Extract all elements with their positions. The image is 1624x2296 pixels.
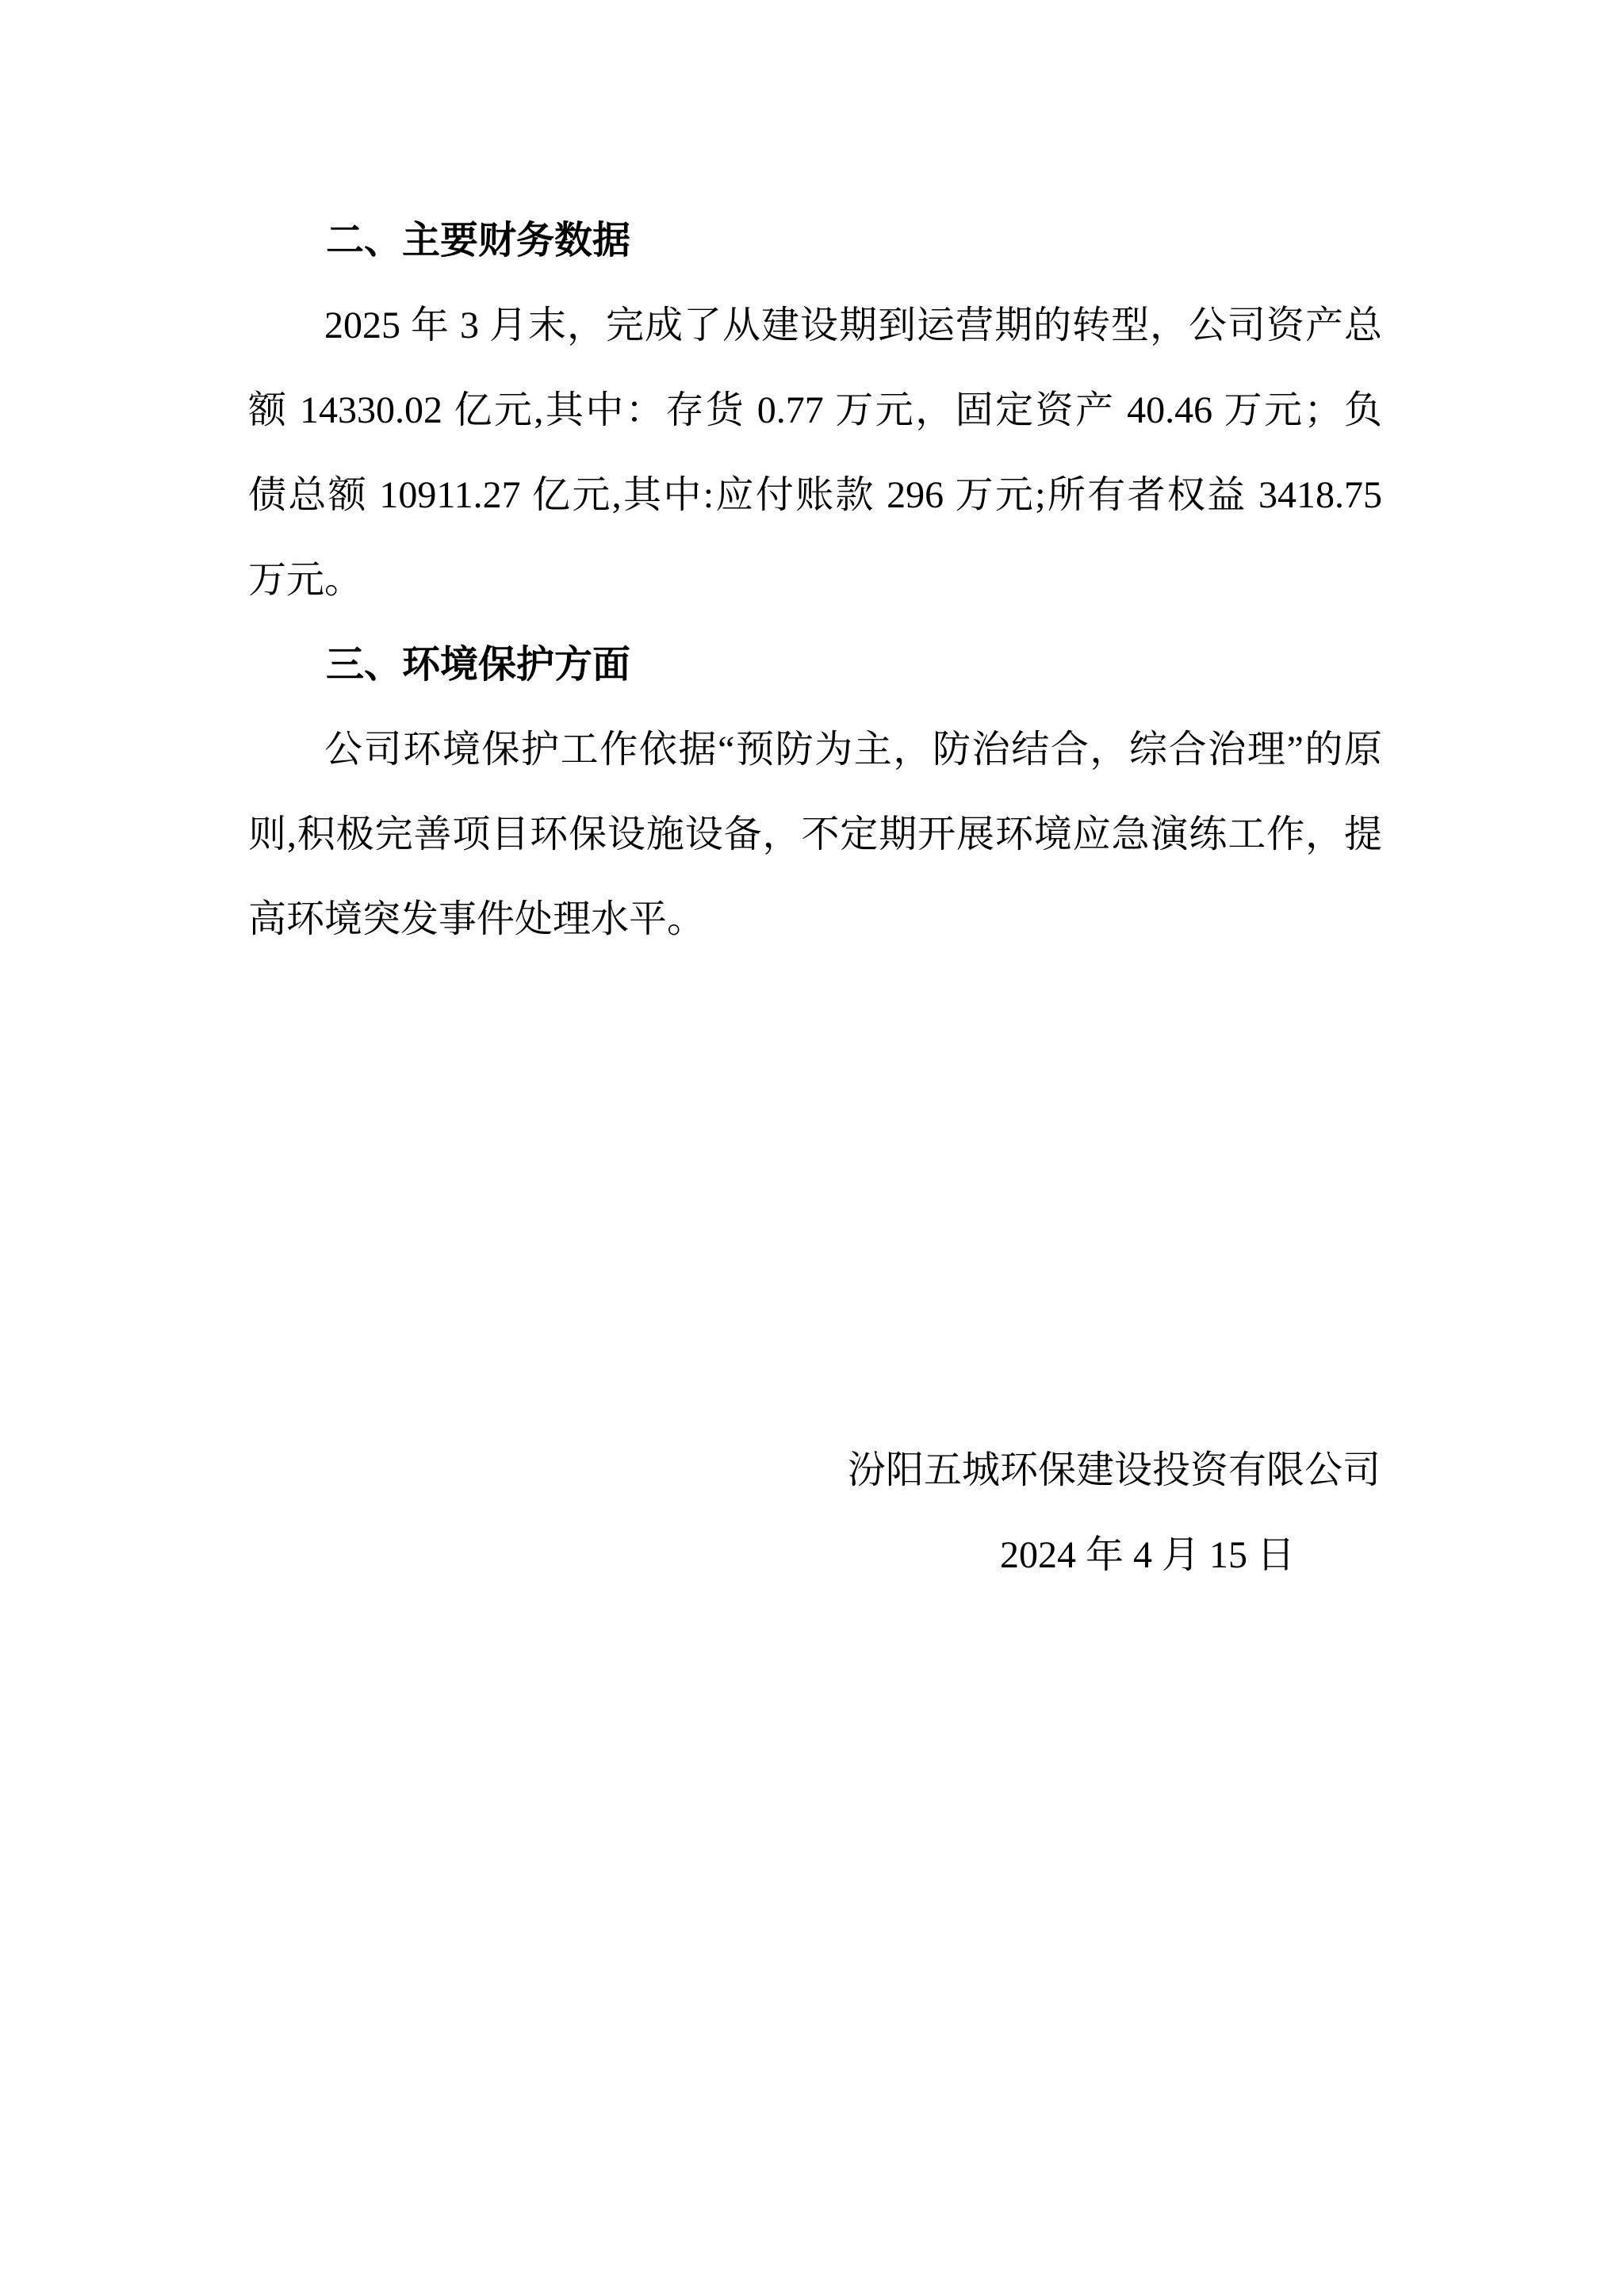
section-heading-finance: 二、主要财务数据	[248, 198, 1382, 283]
section-heading-environment: 三、环境保护方面	[248, 622, 1382, 707]
environment-paragraph-line: 公司环境保护工作依据“预防为主，防治结合，综合治理”的原	[248, 707, 1382, 792]
document-page: 二、主要财务数据 2025 年 3 月末，完成了从建设期到运营期的转型，公司资产…	[0, 0, 1624, 2296]
finance-paragraph-line: 2025 年 3 月末，完成了从建设期到运营期的转型，公司资产总	[248, 283, 1382, 368]
signature-block: 汾阳五城环保建设投资有限公司 2024 年 4 月 15 日	[248, 1428, 1382, 1598]
environment-paragraph: 公司环境保护工作依据“预防为主，防治结合，综合治理”的原 则,积极完善项目环保设…	[248, 707, 1382, 962]
finance-paragraph-line: 万元。	[248, 538, 1382, 622]
signature-date: 2024 年 4 月 15 日	[248, 1513, 1382, 1598]
finance-paragraph-line: 额 14330.02 亿元,其中：存货 0.77 万元，固定资产 40.46 万…	[248, 368, 1382, 453]
environment-paragraph-line: 则,积极完善项目环保设施设备，不定期开展环境应急演练工作，提	[248, 792, 1382, 877]
environment-paragraph-line: 高环境突发事件处理水平。	[248, 877, 1382, 962]
finance-paragraph-line: 债总额 10911.27 亿元,其中:应付账款 296 万元;所有者权益 341…	[248, 453, 1382, 538]
signature-company: 汾阳五城环保建设投资有限公司	[248, 1428, 1382, 1513]
document-content: 二、主要财务数据 2025 年 3 月末，完成了从建设期到运营期的转型，公司资产…	[248, 198, 1382, 1598]
finance-paragraph: 2025 年 3 月末，完成了从建设期到运营期的转型，公司资产总 额 14330…	[248, 283, 1382, 622]
